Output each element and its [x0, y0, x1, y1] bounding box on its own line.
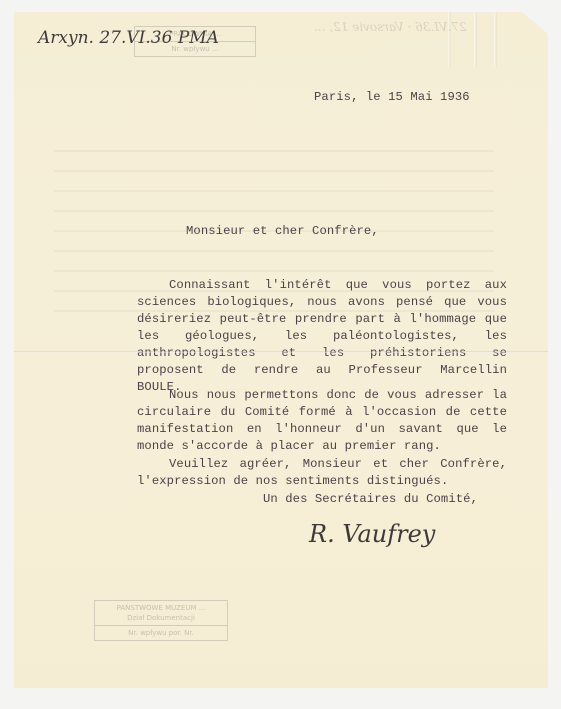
archive-stamp-bottom: PAŃSTWOWE MUZEUM ... Dział Dokumentacji … [94, 600, 228, 641]
closing-paragraph: Veuillez agréer, Monsieur et cher Confrè… [137, 456, 507, 490]
body-paragraph-2: Nous nous permettons donc de vous adress… [137, 387, 507, 455]
letter-paper: 27.VI.36 · Varsovie 12, ... Arxyn. 27.VI… [14, 12, 548, 688]
signature-title: Un des Secrétaires du Comité, [263, 491, 478, 508]
salutation: Monsieur et cher Confrère, [186, 223, 379, 240]
stamp-line: Nr. wpływu por. Nr. [95, 626, 227, 640]
paper-crease [494, 12, 497, 67]
paper-fold-line [14, 351, 548, 353]
handwritten-signature: R. Vaufrey [309, 520, 435, 548]
date-line: Paris, le 15 Mai 1936 [314, 89, 470, 106]
stamp-line: PAŃSTWOWE MUZEUM ... Dział Dokumentacji [95, 601, 227, 626]
stamp-line: PRACOWNIA ... [135, 27, 255, 42]
reverse-bleed-through: 27.VI.36 · Varsovie 12, ... [314, 20, 467, 34]
body-paragraph-1: Connaissant l'intérêt que vous portez au… [137, 277, 507, 396]
paper-crease [474, 12, 477, 67]
archive-stamp-top: PRACOWNIA ... Nr. wpływu ... [134, 26, 256, 57]
stamp-line: Nr. wpływu ... [135, 42, 255, 56]
